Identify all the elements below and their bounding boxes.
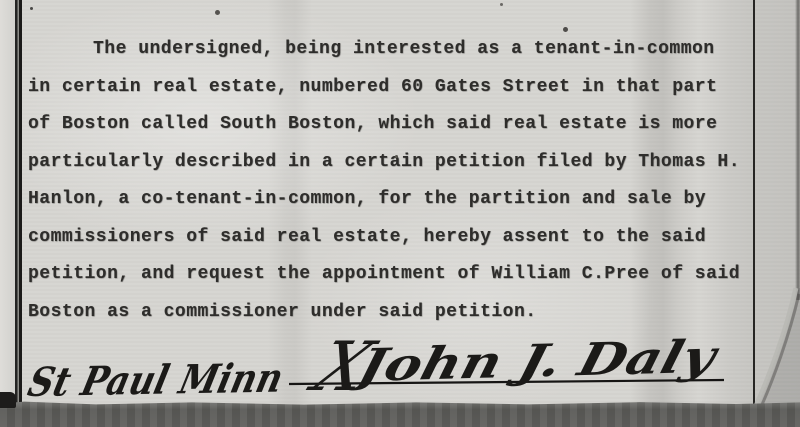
bottom-left-scan-blob <box>0 392 16 408</box>
signature-place: St Paul Minn <box>24 354 288 406</box>
scanned-document-page: The undersigned, being interested as a t… <box>0 0 800 427</box>
bottom-scan-band <box>0 400 800 427</box>
paper-specks <box>30 7 33 10</box>
signature-area: St Paul Minn X John J. Daly <box>0 0 800 427</box>
signature-name: John J. Daly <box>344 330 726 392</box>
